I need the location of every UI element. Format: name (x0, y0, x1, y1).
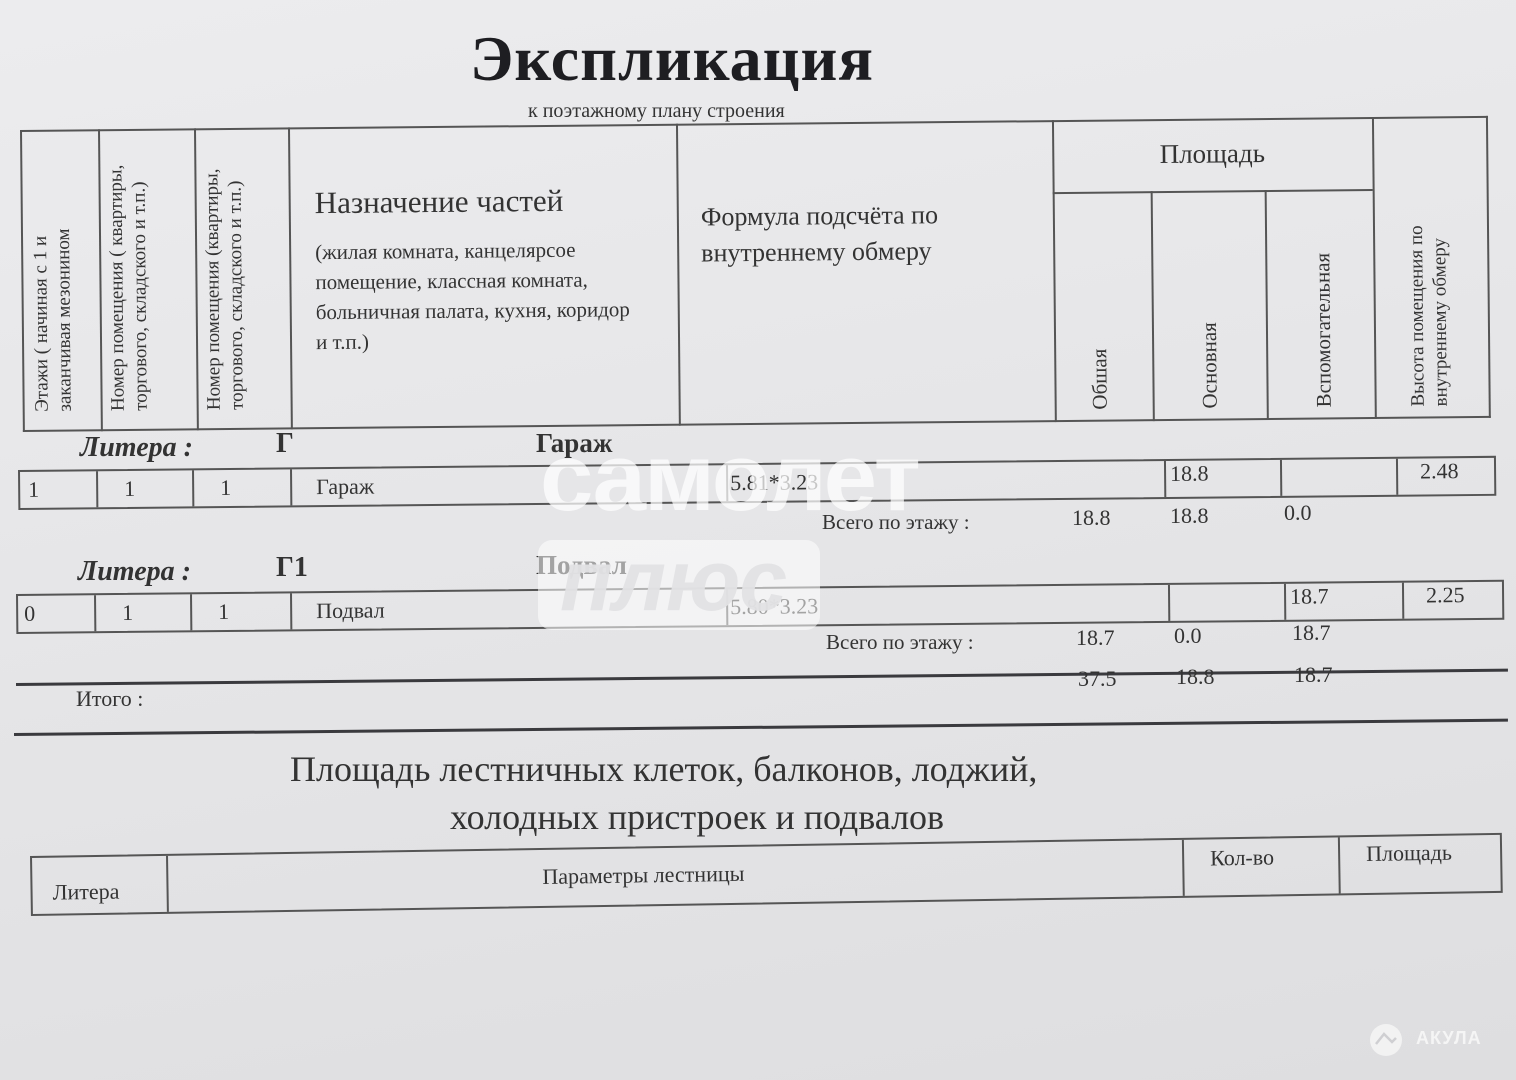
grand-total-label: Итого : (76, 686, 143, 712)
cell-purpose: Гараж (316, 474, 374, 501)
document-title: Экспликация (470, 22, 874, 96)
akula-logo: АКУЛА (1366, 1018, 1482, 1058)
header-purpose-title: Назначение частей (315, 183, 564, 221)
watermark-plus: плюс (560, 538, 787, 624)
stairs-col-litera: Литера (52, 879, 119, 906)
subtotal-aux-g: 0.0 (1284, 500, 1312, 526)
cell-purpose: Подвал (316, 597, 385, 624)
header-area-total: Обшая (1087, 230, 1112, 410)
cell-unit: 1 (124, 476, 135, 502)
cell-height: 2.48 (1420, 458, 1459, 484)
cell-room: 1 (218, 599, 229, 625)
litera-label-g1: Литера : (78, 556, 191, 588)
litera-value-g1: Г1 (276, 552, 308, 584)
header-formula: Формула подсчёта по внутреннему обмеру (701, 196, 1022, 271)
stairs-col-params: Параметры лестницы (542, 861, 744, 890)
header-unit-number: Номер помещения ( квартиры, торгового, с… (104, 149, 153, 411)
document-subtitle: к поэтажному плану строения (528, 100, 785, 123)
cell-unit: 1 (122, 600, 133, 626)
header-room-number: Номер помещения (квартиры, торгового, ск… (200, 148, 249, 410)
brand-name: АКУЛА (1416, 1028, 1482, 1049)
header-floors: Этажи ( начиная с 1 и заканчивая мезонин… (28, 149, 77, 411)
grand-total-aux: 18.7 (1294, 662, 1333, 688)
cell-area-aux: 18.7 (1290, 583, 1329, 609)
header-area-main: Основная (1197, 228, 1222, 408)
cell-height: 2.25 (1426, 582, 1465, 608)
header-purpose-subtitle: (жилая комната, канцелярсое помещение, к… (315, 234, 646, 357)
explication-header-table: Этажи ( начиная с 1 и заканчивая мезонин… (20, 116, 1491, 432)
stairs-col-area: Площадь (1366, 840, 1452, 867)
stairs-heading-line2: холодных пристроек и подвалов (450, 796, 944, 838)
cell-room: 1 (220, 475, 231, 501)
litera-label-g: Литера : (80, 432, 193, 464)
header-area-aux: Вспомогательная (1311, 193, 1336, 407)
shark-logo-icon (1366, 1018, 1406, 1058)
header-height: Высота помещения по внутреннему обмеру (1404, 156, 1452, 406)
subtotal-total-g: 18.8 (1072, 505, 1111, 531)
litera-value-g: Г (276, 428, 294, 460)
stairs-heading-line1: Площадь лестничных клеток, балконов, лод… (290, 748, 1037, 790)
header-area-group: Площадь (1052, 137, 1372, 171)
subtotal-aux-g1: 18.7 (1292, 620, 1331, 646)
stairs-col-count: Кол-во (1210, 844, 1274, 871)
cell-floor: 0 (24, 601, 35, 627)
cell-floor: 1 (28, 477, 39, 503)
subtotal-label-g1: Всего по этажу : (826, 630, 974, 655)
watermark-samolet: самолет (540, 430, 919, 526)
subtotal-total-g1: 18.7 (1076, 625, 1115, 651)
subtotal-main-g: 18.8 (1170, 503, 1209, 529)
grand-total-total: 37.5 (1078, 666, 1117, 692)
grand-total-main: 18.8 (1176, 664, 1215, 690)
subtotal-main-g1: 0.0 (1174, 623, 1202, 649)
cell-area-main: 18.8 (1170, 461, 1209, 487)
